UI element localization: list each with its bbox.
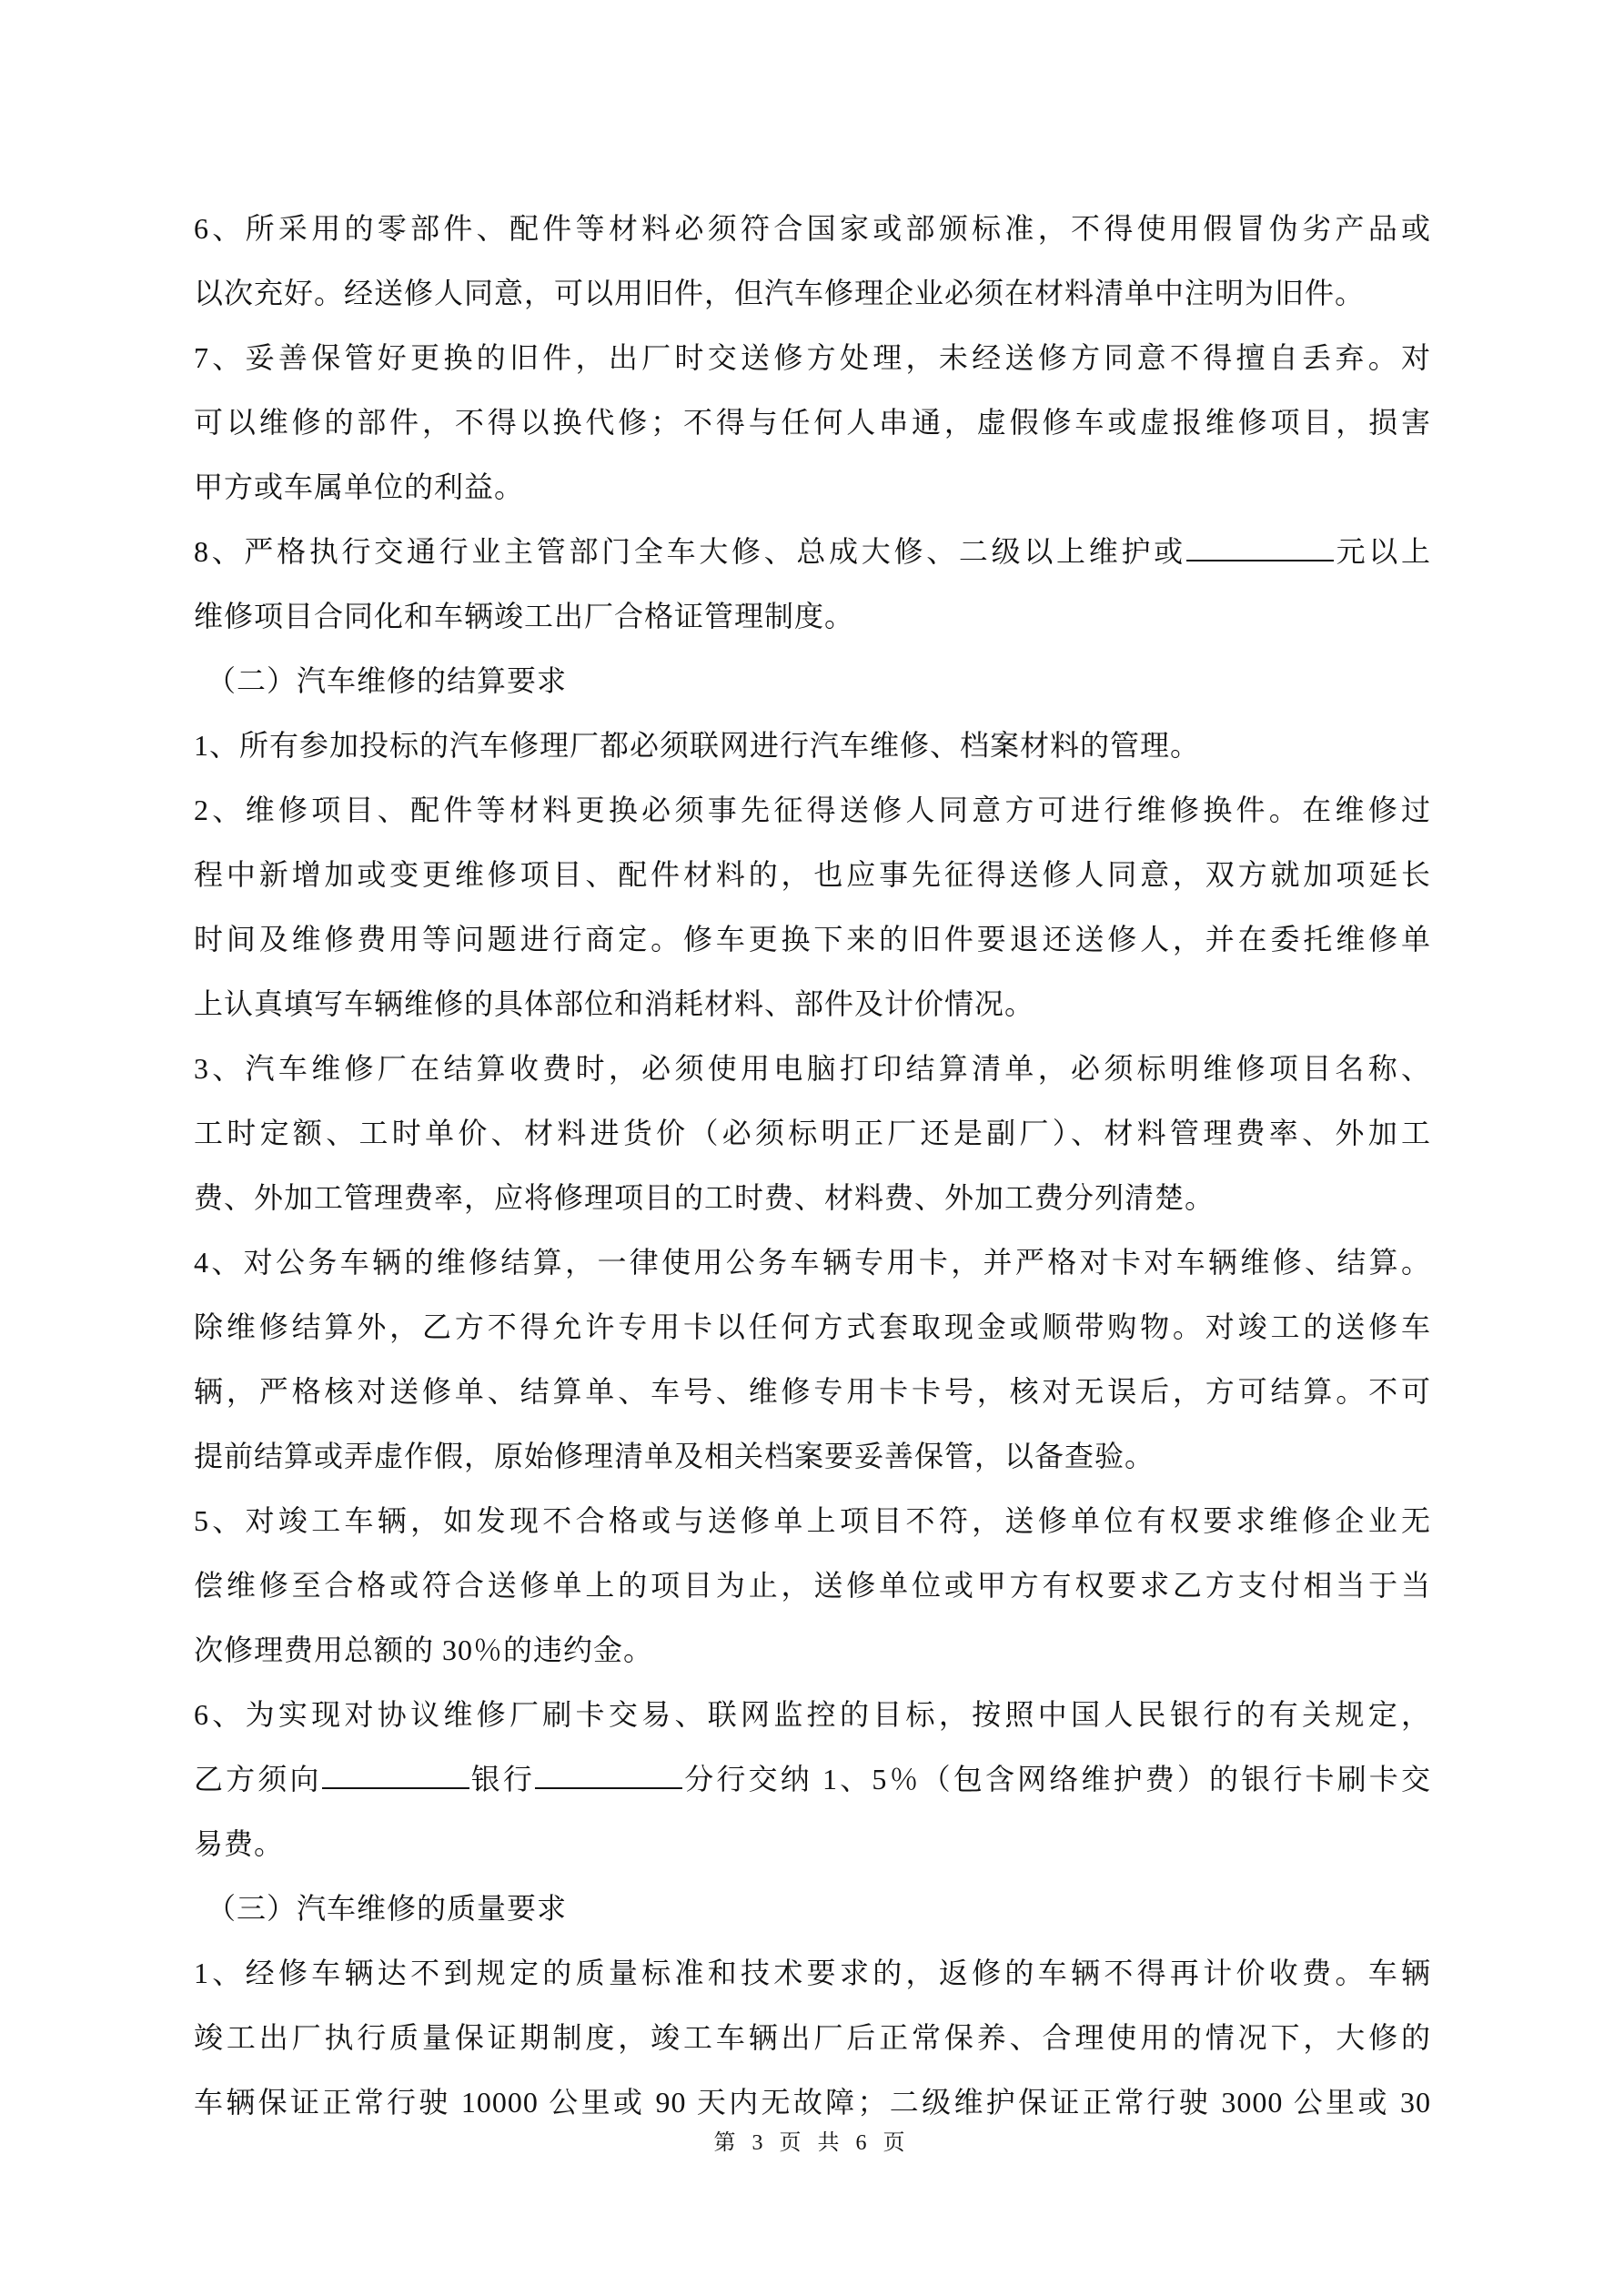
document-line: 2、维修项目、配件等材料更换必须事先征得送修人同意方可进行维修换件。在维修过 — [194, 778, 1431, 843]
document-text: 银行 — [469, 1763, 535, 1795]
document-text: 2、维修项目、配件等材料更换必须事先征得送修人同意方可进行维修换件。在维修过 — [194, 794, 1431, 826]
document-line: 辆，严格核对送修单、结算单、车号、维修专用卡卡号，核对无误后，方可结算。不可 — [194, 1360, 1431, 1424]
document-text: 5、对竣工车辆，如发现不合格或与送修单上项目不符，送修单位有权要求维修企业无 — [194, 1504, 1431, 1537]
document-line: 工时定额、工时单价、材料进货价（必须标明正厂还是副厂）、材料管理费率、外加工 — [194, 1101, 1431, 1166]
document-text: 易费。 — [194, 1827, 284, 1860]
document-line: （二）汽车维修的结算要求 — [194, 649, 1431, 713]
document-text: 维修项目合同化和车辆竣工出厂合格证管理制度。 — [194, 600, 854, 632]
document-text: 程中新增加或变更维修项目、配件材料的，也应事先征得送修人同意，双方就加项延长 — [194, 858, 1431, 891]
document-line: 3、汽车维修厂在结算收费时，必须使用电脑打印结算清单，必须标明维修项目名称、 — [194, 1037, 1431, 1101]
document-line: 8、严格执行交通行业主管部门全车大修、总成大修、二级以上维护或元以上 — [194, 520, 1431, 584]
document-line: 费、外加工管理费率，应将修理项目的工时费、材料费、外加工费分列清楚。 — [194, 1166, 1431, 1230]
document-text: 提前结算或弄虚作假，原始修理清单及相关档案要妥善保管，以备查验。 — [194, 1440, 1155, 1472]
document-line: 上认真填写车辆维修的具体部位和消耗材料、部件及计价情况。 — [194, 972, 1431, 1037]
document-line: 除维修结算外，乙方不得允许专用卡以任何方式套取现金或顺带购物。对竣工的送修车 — [194, 1295, 1431, 1360]
fill-in-blank-underline — [1186, 535, 1334, 561]
document-text: 以次充好。经送修人同意，可以用旧件，但汽车修理企业必须在材料清单中注明为旧件。 — [194, 277, 1365, 309]
document-line: 易费。 — [194, 1812, 1431, 1876]
document-text: 4、对公务车辆的维修结算，一律使用公务车辆专用卡，并严格对卡对车辆维修、结算。 — [194, 1246, 1431, 1279]
fill-in-blank-underline — [535, 1763, 682, 1789]
document-line: 1、所有参加投标的汽车修理厂都必须联网进行汽车维修、档案材料的管理。 — [194, 713, 1431, 778]
document-text: 除维修结算外，乙方不得允许专用卡以任何方式套取现金或顺带购物。对竣工的送修车 — [194, 1310, 1431, 1343]
fill-in-blank-underline — [322, 1763, 469, 1789]
document-text: 辆，严格核对送修单、结算单、车号、维修专用卡卡号，核对无误后，方可结算。不可 — [194, 1375, 1431, 1408]
document-line: 提前结算或弄虚作假，原始修理清单及相关档案要妥善保管，以备查验。 — [194, 1424, 1431, 1489]
document-text: （二）汽车维修的结算要求 — [207, 664, 567, 697]
document-text: 1、经修车辆达不到规定的质量标准和技术要求的，返修的车辆不得再计价收费。车辆 — [194, 1957, 1431, 1989]
document-text: 分行交纳 1、5％（包含网络维护费）的银行卡刷卡交 — [682, 1763, 1431, 1795]
document-text: 元以上 — [1334, 535, 1431, 568]
document-line: 乙方须向银行分行交纳 1、5％（包含网络维护费）的银行卡刷卡交 — [194, 1747, 1431, 1812]
document-text: 6、为实现对协议维修厂刷卡交易、联网监控的目标，按照中国人民银行的有关规定， — [194, 1698, 1431, 1731]
document-line: 维修项目合同化和车辆竣工出厂合格证管理制度。 — [194, 584, 1431, 649]
document-page: 6、所采用的零部件、配件等材料必须符合国家或部颁标准，不得使用假冒伪劣产品或以次… — [0, 0, 1624, 2296]
document-line: 竣工出厂执行质量保证期制度，竣工车辆出厂后正常保养、合理使用的情况下，大修的 — [194, 2006, 1431, 2070]
document-line: （三）汽车维修的质量要求 — [194, 1876, 1431, 1941]
document-text: 8、严格执行交通行业主管部门全车大修、总成大修、二级以上维护或 — [194, 535, 1186, 568]
document-line: 4、对公务车辆的维修结算，一律使用公务车辆专用卡，并严格对卡对车辆维修、结算。 — [194, 1230, 1431, 1295]
document-text: 工时定额、工时单价、材料进货价（必须标明正厂还是副厂）、材料管理费率、外加工 — [194, 1117, 1431, 1149]
document-line: 甲方或车属单位的利益。 — [194, 455, 1431, 520]
document-body: 6、所采用的零部件、配件等材料必须符合国家或部颁标准，不得使用假冒伪劣产品或以次… — [194, 197, 1431, 2135]
document-text: 7、妥善保管好更换的旧件，出厂时交送修方处理，未经送修方同意不得擅自丢弃。对 — [194, 341, 1431, 374]
document-text: 时间及维修费用等问题进行商定。修车更换下来的旧件要退还送修人，并在委托维修单 — [194, 923, 1431, 956]
document-line: 1、经修车辆达不到规定的质量标准和技术要求的，返修的车辆不得再计价收费。车辆 — [194, 1941, 1431, 2006]
document-text: 偿维修至合格或符合送修单上的项目为止，送修单位或甲方有权要求乙方支付相当于当 — [194, 1569, 1431, 1602]
document-line: 6、所采用的零部件、配件等材料必须符合国家或部颁标准，不得使用假冒伪劣产品或 — [194, 197, 1431, 261]
document-line: 时间及维修费用等问题进行商定。修车更换下来的旧件要退还送修人，并在委托维修单 — [194, 907, 1431, 972]
document-line: 次修理费用总额的 30％的违约金。 — [194, 1618, 1431, 1683]
document-line: 可以维修的部件，不得以换代修；不得与任何人串通，虚假修车或虚报维修项目，损害 — [194, 390, 1431, 455]
document-text: 上认真填写车辆维修的具体部位和消耗材料、部件及计价情况。 — [194, 987, 1034, 1020]
document-line: 以次充好。经送修人同意，可以用旧件，但汽车修理企业必须在材料清单中注明为旧件。 — [194, 261, 1431, 326]
document-line: 程中新增加或变更维修项目、配件材料的，也应事先征得送修人同意，双方就加项延长 — [194, 843, 1431, 907]
document-text: 1、所有参加投标的汽车修理厂都必须联网进行汽车维修、档案材料的管理。 — [194, 729, 1200, 762]
document-text: 甲方或车属单位的利益。 — [194, 470, 524, 503]
document-line: 偿维修至合格或符合送修单上的项目为止，送修单位或甲方有权要求乙方支付相当于当 — [194, 1553, 1431, 1618]
document-text: 竣工出厂执行质量保证期制度，竣工车辆出厂后正常保养、合理使用的情况下，大修的 — [194, 2021, 1431, 2054]
document-line: 7、妥善保管好更换的旧件，出厂时交送修方处理，未经送修方同意不得擅自丢弃。对 — [194, 326, 1431, 390]
document-text: （三）汽车维修的质量要求 — [207, 1892, 567, 1925]
document-line: 6、为实现对协议维修厂刷卡交易、联网监控的目标，按照中国人民银行的有关规定， — [194, 1683, 1431, 1747]
document-text: 次修理费用总额的 30％的违约金。 — [194, 1633, 653, 1666]
document-line: 5、对竣工车辆，如发现不合格或与送修单上项目不符，送修单位有权要求维修企业无 — [194, 1489, 1431, 1553]
document-text: 可以维修的部件，不得以换代修；不得与任何人串通，虚假修车或虚报维修项目，损害 — [194, 406, 1431, 439]
document-text: 车辆保证正常行驶 10000 公里或 90 天内无故障；二级维护保证正常行驶 3… — [194, 2086, 1431, 2119]
document-text: 乙方须向 — [194, 1763, 322, 1795]
document-text: 费、外加工管理费率，应将修理项目的工时费、材料费、外加工费分列清楚。 — [194, 1181, 1215, 1214]
document-text: 3、汽车维修厂在结算收费时，必须使用电脑打印结算清单，必须标明维修项目名称、 — [194, 1052, 1431, 1085]
document-text: 6、所采用的零部件、配件等材料必须符合国家或部颁标准，不得使用假冒伪劣产品或 — [194, 212, 1431, 245]
page-number-footer: 第 3 页 共 6 页 — [0, 2124, 1624, 2156]
